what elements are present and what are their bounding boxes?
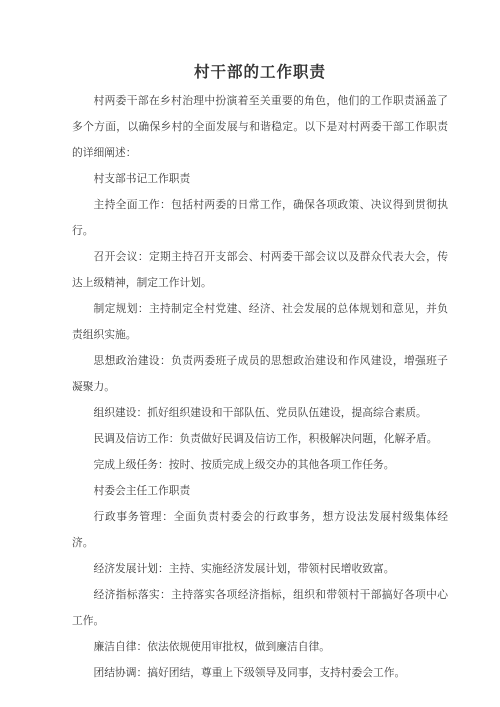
colon-separator: ： — [160, 198, 171, 211]
duty-text: 依法依规使用审批权，做到廉洁自律。 — [147, 640, 330, 653]
duty-label: 思想政治建设 — [94, 354, 161, 367]
duty-text: 按时、按质完成上级交办的其他各项工作任务。 — [169, 458, 395, 471]
duty-label: 团结协调 — [94, 666, 137, 679]
colon-separator: ： — [162, 510, 173, 523]
duty-paragraph: 完成上级任务：按时、按质完成上级交办的其他各项工作任务。 — [72, 452, 448, 478]
duty-label: 完成上级任务 — [94, 458, 159, 471]
duty-label: 行政事务管理 — [94, 510, 163, 523]
colon-separator: ： — [138, 250, 149, 263]
colon-separator: ： — [137, 640, 148, 653]
duty-label: 组织建设 — [94, 406, 137, 419]
duty-text: 抓好组织建设和干部队伍、党员队伍建设，提高综合素质。 — [147, 406, 427, 419]
duty-paragraph: 团结协调：搞好团结，尊重上下级领导及同事，支持村委会工作。 — [72, 660, 448, 686]
duty-paragraph: 主持全面工作：包括村两委的日常工作，确保各项政策、决议得到贯彻执行。 — [72, 192, 448, 244]
colon-separator: ： — [158, 458, 169, 471]
duty-text: 搞好团结，尊重上下级领导及同事，支持村委会工作。 — [147, 666, 405, 679]
colon-separator: ： — [137, 666, 148, 679]
duty-paragraph: 廉洁自律：依法依规使用审批权，做到廉洁自律。 — [72, 634, 448, 660]
section-heading-director: 村委会主任工作职责 — [72, 478, 448, 504]
duty-label: 经济指标落实 — [94, 588, 161, 601]
duty-paragraph: 行政事务管理：全面负责村委会的行政事务，想方设法发展村级集体经济。 — [72, 504, 448, 556]
duty-paragraph: 召开会议：定期主持召开支部会、村两委干部会议以及群众代表大会，传达上级精神，制定… — [72, 244, 448, 296]
duty-label: 廉洁自律 — [94, 640, 137, 653]
duty-label: 民调及信访工作 — [94, 432, 169, 445]
colon-separator: ： — [158, 562, 169, 575]
duty-paragraph: 思想政治建设：负责两委班子成员的思想政治建设和作风建设，增强班子凝聚力。 — [72, 348, 448, 400]
duty-paragraph: 经济发展计划：主持、实施经济发展计划，带领村民增收致富。 — [72, 556, 448, 582]
duty-text: 主持、实施经济发展计划，带领村民增收致富。 — [169, 562, 395, 575]
section-heading-secretary: 村支部书记工作职责 — [72, 166, 448, 192]
duty-paragraph: 制定规划：主持制定全村党建、经济、社会发展的总体规划和意见，并负责组织实施。 — [72, 296, 448, 348]
colon-separator: ： — [160, 588, 171, 601]
duty-paragraph: 民调及信访工作：负责做好民调及信访工作，积极解决问题，化解矛盾。 — [72, 426, 448, 452]
duty-label: 经济发展计划 — [94, 562, 159, 575]
duty-paragraph: 经济指标落实：主持落实各项经济指标，组织和带领村干部搞好各项中心工作。 — [72, 582, 448, 634]
document-page: 村干部的工作职责 村两委干部在乡村治理中扮演着至关重要的角色，他们的工作职责涵盖… — [0, 0, 500, 707]
colon-separator: ： — [160, 354, 171, 367]
intro-paragraph: 村两委干部在乡村治理中扮演着至关重要的角色，他们的工作职责涵盖了多个方面，以确保… — [72, 88, 448, 166]
duty-text: 负责做好民调及信访工作，积极解决问题，化解矛盾。 — [180, 432, 438, 445]
duty-label: 召开会议 — [94, 250, 138, 263]
duty-label: 制定规划 — [94, 302, 138, 315]
duty-paragraph: 组织建设：抓好组织建设和干部队伍、党员队伍建设，提高综合素质。 — [72, 400, 448, 426]
colon-separator: ： — [137, 406, 148, 419]
colon-separator: ： — [138, 302, 149, 315]
duty-label: 主持全面工作 — [94, 198, 161, 211]
document-title: 村干部的工作职责 — [72, 60, 448, 84]
colon-separator: ： — [169, 432, 180, 445]
